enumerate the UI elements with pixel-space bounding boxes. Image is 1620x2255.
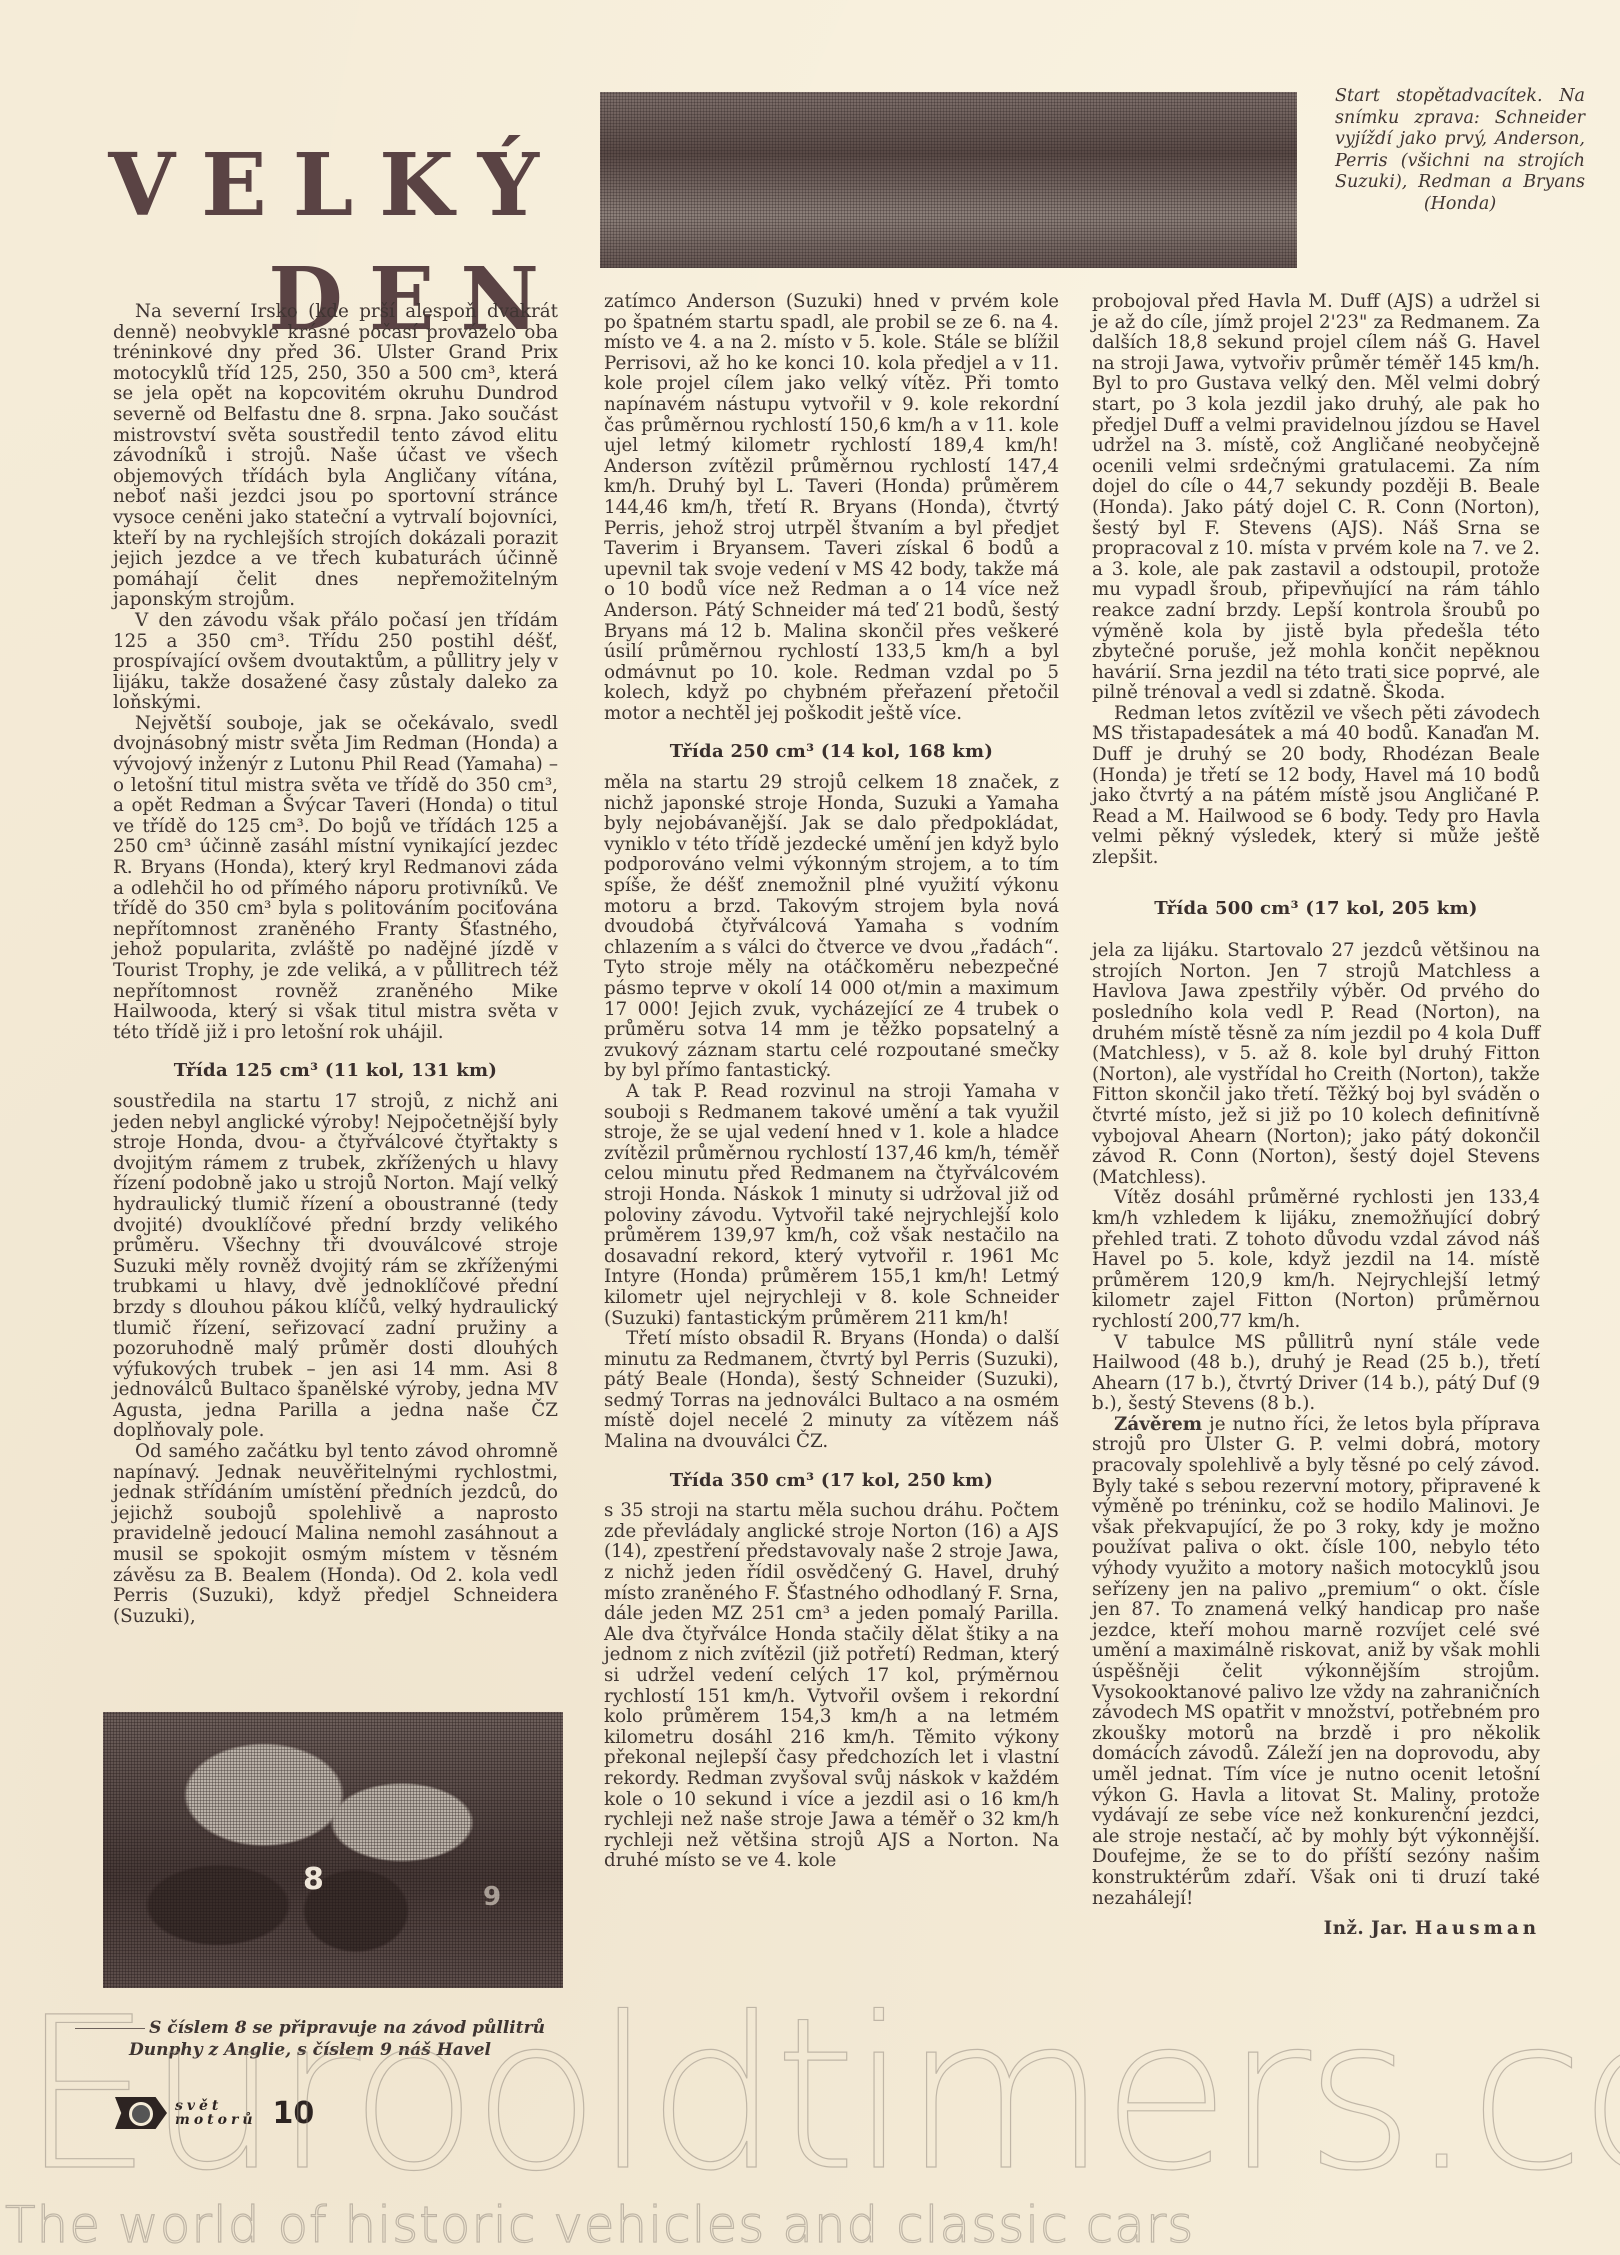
title-line-1: VELKÝ xyxy=(105,143,565,251)
paragraph: probojoval před Havla M. Duff (AJS) a ud… xyxy=(1092,292,1540,704)
paragraph: A tak P. Read rozvinul na stroji Yamaha … xyxy=(604,1082,1059,1329)
column-2: zatímco Anderson (Suzuki) hned v prvém k… xyxy=(604,292,1059,1872)
conclusion-text: je nutno říci, že letos byla příprava st… xyxy=(1092,1414,1540,1909)
magazine-name: svět motorů xyxy=(175,2099,257,2127)
page-number: 10 xyxy=(273,2096,315,2131)
race-start-photo xyxy=(600,92,1297,268)
bike-number-8: 8 xyxy=(303,1862,324,1897)
section-heading-250: Třída 250 cm³ (14 kol, 168 km) xyxy=(604,742,1059,763)
intro-paragraph: V den závodu však přálo počasí jen třídá… xyxy=(113,611,558,714)
column-1: Na severní Irsko (kde prší alespoň dvakr… xyxy=(113,302,558,1627)
bottom-photo-caption-text: S číslem 8 se připravuje na závod půllit… xyxy=(129,2018,545,2060)
bottom-photo-caption: S číslem 8 se připravuje na závod půllit… xyxy=(60,2017,560,2061)
conclusion-lead: Závěrem xyxy=(1114,1414,1202,1435)
column-3: probojoval před Havla M. Duff (AJS) a ud… xyxy=(1092,292,1540,1940)
paragraph: Redman letos zvítězil ve všech pěti závo… xyxy=(1092,704,1540,869)
motorcycles-photo: 8 9 xyxy=(103,1712,563,1988)
paragraph: soustředila na startu 17 strojů, z nichž… xyxy=(113,1092,558,1442)
author-surname: Hausman xyxy=(1415,1918,1540,1939)
magazine-footer: svět motorů 10 xyxy=(115,2093,314,2133)
paragraph: Od samého začátku byl tento závod ohromn… xyxy=(113,1442,558,1627)
conclusion-paragraph: Závěrem je nutno říci, že letos byla pří… xyxy=(1092,1415,1540,1909)
author-byline: Inž. Jar. Hausman xyxy=(1092,1919,1540,1940)
author-prefix: Inž. Jar. xyxy=(1324,1918,1408,1939)
paragraph: měla na startu 29 strojů celkem 18 znače… xyxy=(604,773,1059,1082)
magazine-name-line2: motorů xyxy=(175,2113,257,2127)
intro-paragraph: Na severní Irsko (kde prší alespoň dvakr… xyxy=(113,302,558,611)
top-photo-caption: Start stopětadvacítek. Na snímku zprava:… xyxy=(1335,86,1585,215)
svet-motoru-logo-icon xyxy=(115,2097,167,2129)
paragraph: zatímco Anderson (Suzuki) hned v prvém k… xyxy=(604,292,1059,724)
magazine-name-line1: svět xyxy=(175,2099,257,2113)
caption-rule xyxy=(75,2028,145,2029)
bike-number-9: 9 xyxy=(483,1882,501,1912)
paragraph: V tabulce MS půllitrů nyní stále vede Ha… xyxy=(1092,1333,1540,1415)
section-heading-125: Třída 125 cm³ (11 kol, 131 km) xyxy=(113,1061,558,1082)
paragraph: jela za lijáku. Startovalo 27 jezdců vět… xyxy=(1092,941,1540,1188)
section-heading-350: Třída 350 cm³ (17 kol, 250 km) xyxy=(604,1471,1059,1492)
section-heading-500: Třída 500 cm³ (17 kol, 205 km) xyxy=(1092,899,1540,920)
paragraph: Vítěz dosáhl průměrné rychlosti jen 133,… xyxy=(1092,1188,1540,1332)
paragraph: Třetí místo obsadil R. Bryans (Honda) o … xyxy=(604,1329,1059,1453)
intro-paragraph: Největší souboje, jak se očekávalo, sved… xyxy=(113,714,558,1044)
paragraph: s 35 stroji na startu měla suchou dráhu.… xyxy=(604,1501,1059,1872)
